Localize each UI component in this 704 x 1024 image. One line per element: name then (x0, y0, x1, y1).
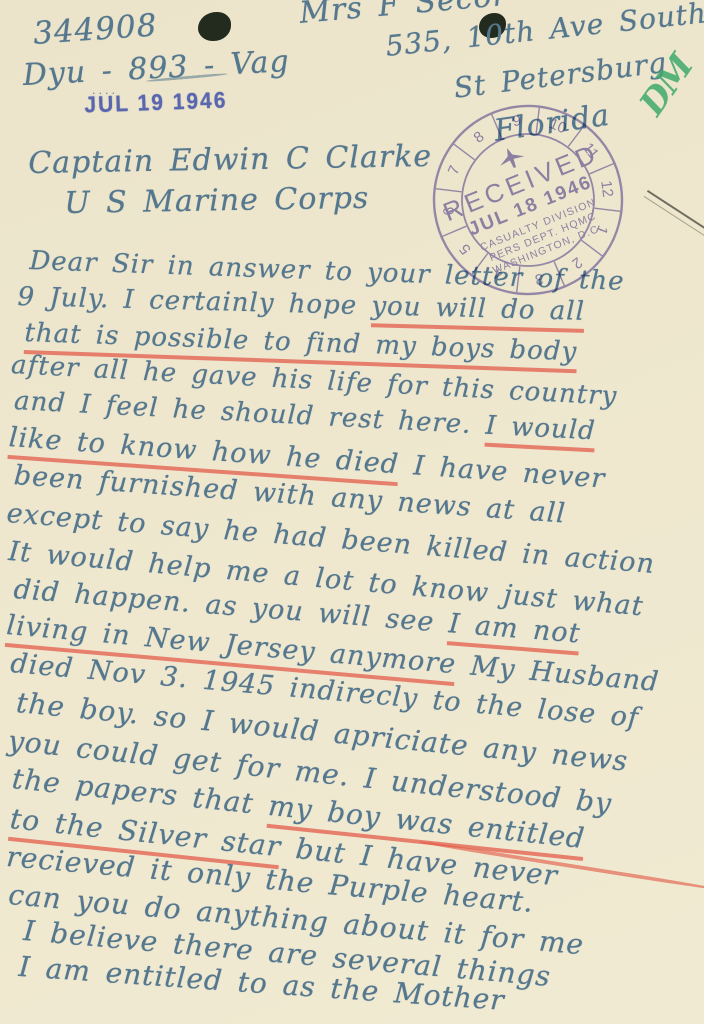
underlined-text: I would (485, 411, 597, 453)
recipient-name: Captain Edwin C Clarke (28, 139, 432, 181)
file-number: 344908 (32, 7, 159, 52)
letter-text: 9 July. I certainly hope (17, 282, 372, 321)
stamp-dial-number: 8 (471, 128, 488, 147)
stamp-dial-number: 2 (568, 253, 585, 272)
ink-blot (198, 12, 231, 41)
stamp-dial-number: 10 (547, 115, 569, 137)
date-received-stamp-blue: JUL 19 1946 (84, 88, 228, 119)
letter-text: I have never (398, 449, 606, 494)
recipient-org: U S Marine Corps (64, 181, 370, 221)
stamp-dial-number: 5 (456, 240, 475, 257)
stamp-dial-number: 9 (512, 112, 523, 130)
pencil-mark (644, 190, 704, 247)
received-stamp: 910111212345678 RECEIVED JUL 18 1946 CAS… (415, 87, 641, 313)
letter-page: 344908 Dyu - 893 - Vag .... JUL 19 1946 … (0, 0, 704, 1024)
stamp-dial-number: 3 (534, 270, 545, 288)
file-notation: Dyu - 893 - Vag (22, 44, 290, 93)
stamp-dial-number: 12 (597, 179, 616, 198)
stamp-dial-number: 7 (445, 163, 464, 177)
